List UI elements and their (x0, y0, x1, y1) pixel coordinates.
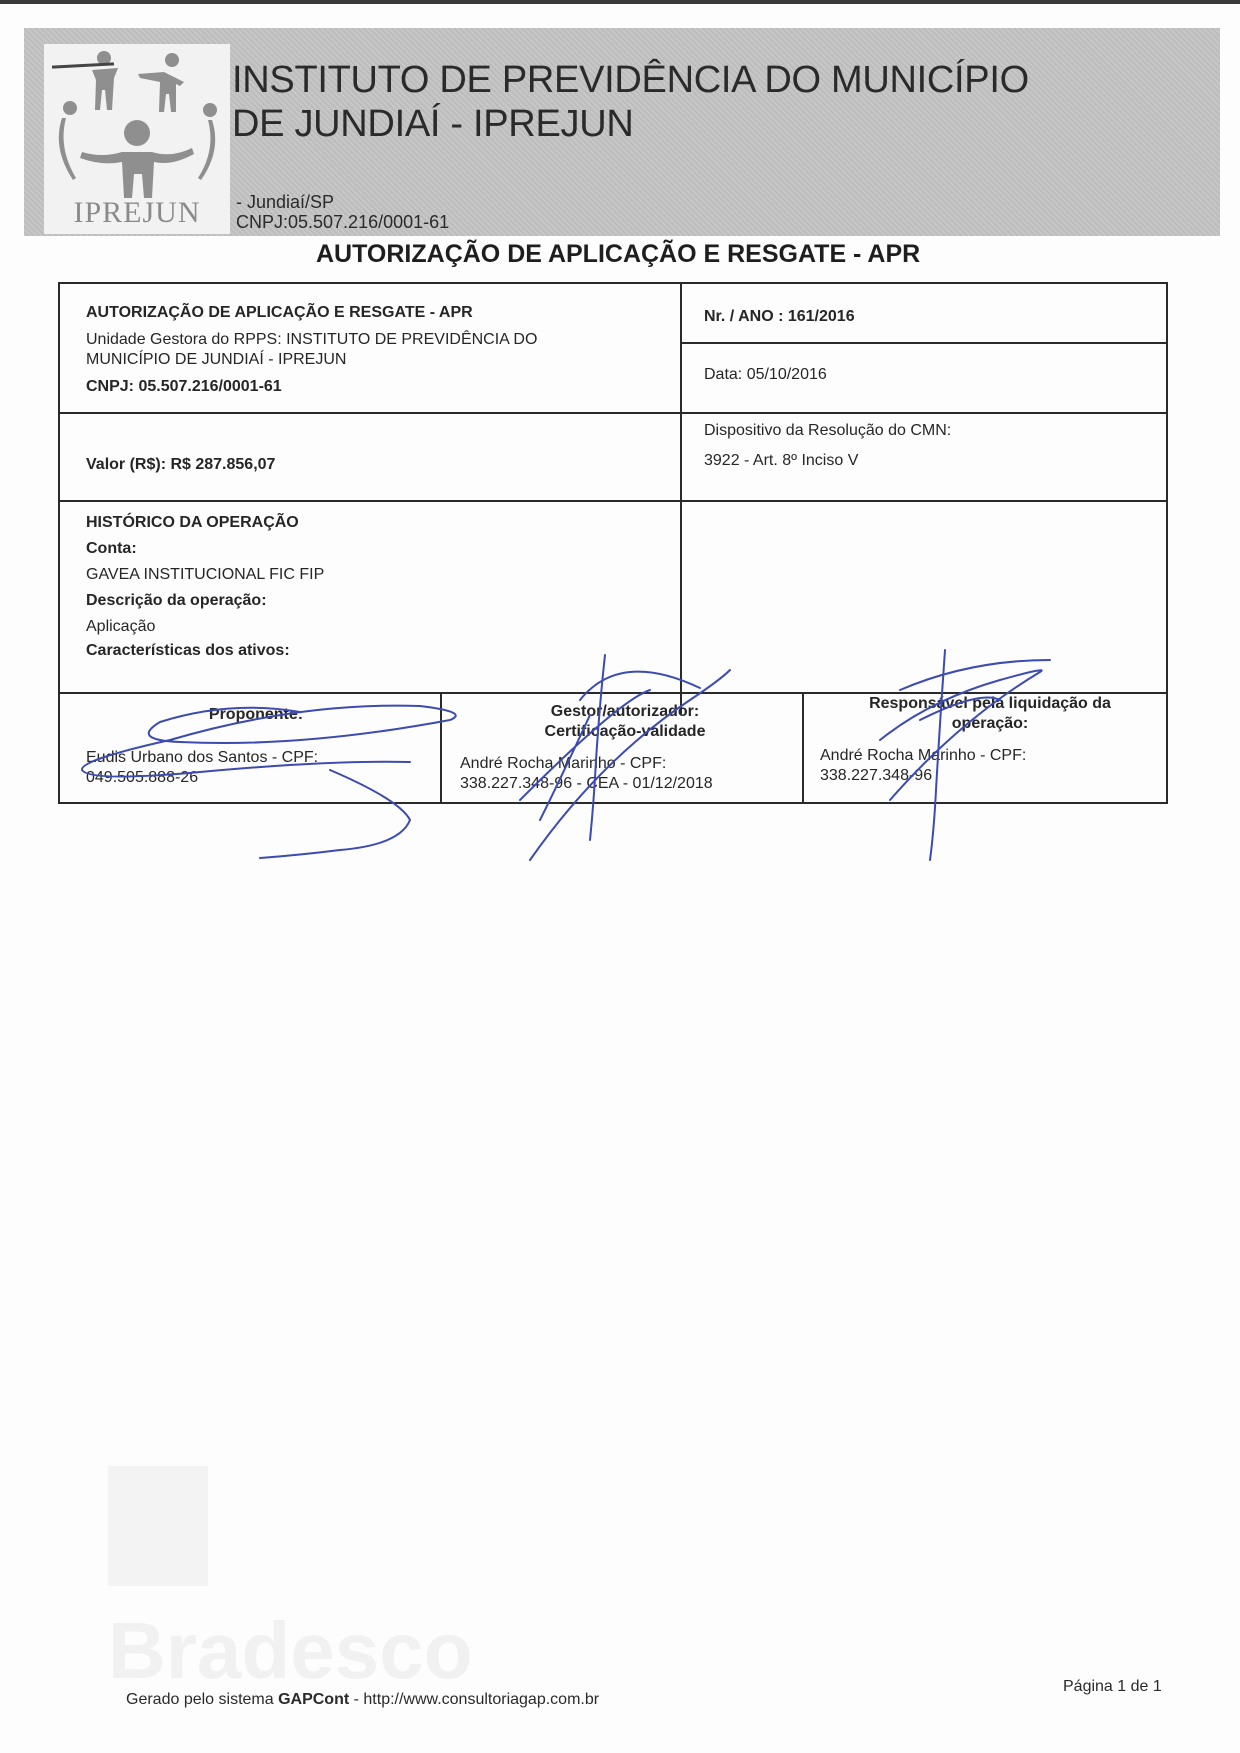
signatory-proponente: Proponente: Eudis Urbano dos Santos - CP… (86, 704, 426, 788)
dispositivo-cell: Dispositivo da Resolução do CMN: 3922 - … (704, 420, 951, 472)
institution-name-line1: INSTITUTO DE PREVIDÊNCIA DO MUNICÍPIO (232, 58, 1132, 102)
section-title: AUTORIZAÇÃO DE APLICAÇÃO E RESGATE - APR (86, 302, 666, 324)
cnpj-field: CNPJ: 05.507.216/0001-61 (86, 376, 666, 398)
dispositivo-value: 3922 - Art. 8º Inciso V (704, 450, 951, 472)
signatory-name: André Rocha Marinho - CPF: (820, 746, 1160, 766)
institution-name: INSTITUTO DE PREVIDÊNCIA DO MUNICÍPIO DE… (232, 58, 1132, 146)
institution-cnpj: CNPJ:05.507.216/0001-61 (236, 212, 449, 232)
signatory-name: Eudis Urbano dos Santos - CPF: (86, 748, 426, 768)
divider (802, 692, 804, 804)
signatory-gestor: Gestor/autorizador: Certificação-validad… (460, 702, 790, 794)
divider (60, 412, 1168, 414)
conta-label: Conta: (86, 536, 1136, 562)
historico-title: HISTÓRICO DA OPERAÇÃO (86, 510, 1136, 536)
logo-wordmark: IPREJUN (44, 196, 230, 230)
historico-cell: HISTÓRICO DA OPERAÇÃO Conta: GAVEA INSTI… (86, 510, 1136, 662)
scan-edge (0, 0, 1240, 4)
apr-form: AUTORIZAÇÃO DE APLICAÇÃO E RESGATE - APR… (58, 282, 1168, 804)
divider (440, 692, 442, 804)
divider (60, 500, 1168, 502)
footer-system: GAPCont (278, 1691, 349, 1708)
bank-watermark: Bradesco (108, 1455, 558, 1585)
header-cell: AUTORIZAÇÃO DE APLICAÇÃO E RESGATE - APR… (86, 302, 666, 398)
people-circle-logo-icon (52, 48, 222, 198)
signatory-cpf: 049.505.888-26 (86, 768, 426, 788)
signatory-role-sub: operação: (820, 714, 1160, 734)
institution-name-line2: DE JUNDIAÍ - IPREJUN (232, 102, 1132, 146)
footer-prefix: Gerado pelo sistema (126, 1691, 278, 1708)
signatory-role: Gestor/autorizador: (460, 702, 790, 722)
caracteristicas-label: Características dos ativos: (86, 640, 1136, 662)
signatory-cpf: 338.227.348-96 - CEA - 01/12/2018 (460, 774, 790, 794)
numero-ano-field: Nr. / ANO : 161/2016 (704, 306, 855, 328)
page-number: Página 1 de 1 (1063, 1678, 1162, 1696)
signatory-cpf: 338.227.348-96 (820, 766, 1160, 786)
institution-city: - Jundiaí/SP (236, 192, 334, 212)
institution-logo: IPREJUN (44, 44, 230, 234)
signatory-name: André Rocha Marinho - CPF: (460, 754, 790, 774)
footer-url: - http://www.consultoriagap.com.br (349, 1691, 599, 1708)
signatory-role: Responsável pela liquidação da (820, 694, 1160, 714)
signatory-role-sub: Certificação-validade (460, 722, 790, 742)
unidade-gestora-line1: Unidade Gestora do RPPS: INSTITUTO DE PR… (86, 330, 666, 350)
signatory-role: Proponente: (86, 704, 426, 726)
valor-field: Valor (R$): R$ 287.856,07 (86, 454, 275, 476)
signatory-responsavel: Responsável pela liquidação da operação:… (820, 694, 1160, 786)
descricao-value: Aplicação (86, 614, 1136, 640)
footer-generated-by: Gerado pelo sistema GAPCont - http://www… (126, 1691, 599, 1709)
conta-value: GAVEA INSTITUCIONAL FIC FIP (86, 562, 1136, 588)
unidade-gestora-line2: MUNICÍPIO DE JUNDIAÍ - IPREJUN (86, 350, 666, 370)
dispositivo-label: Dispositivo da Resolução do CMN: (704, 420, 951, 442)
document-title: AUTORIZAÇÃO DE APLICAÇÃO E RESGATE - APR (316, 240, 920, 269)
date-field: Data: 05/10/2016 (704, 364, 827, 386)
descricao-label: Descrição da operação: (86, 588, 1136, 614)
divider (680, 342, 1168, 344)
